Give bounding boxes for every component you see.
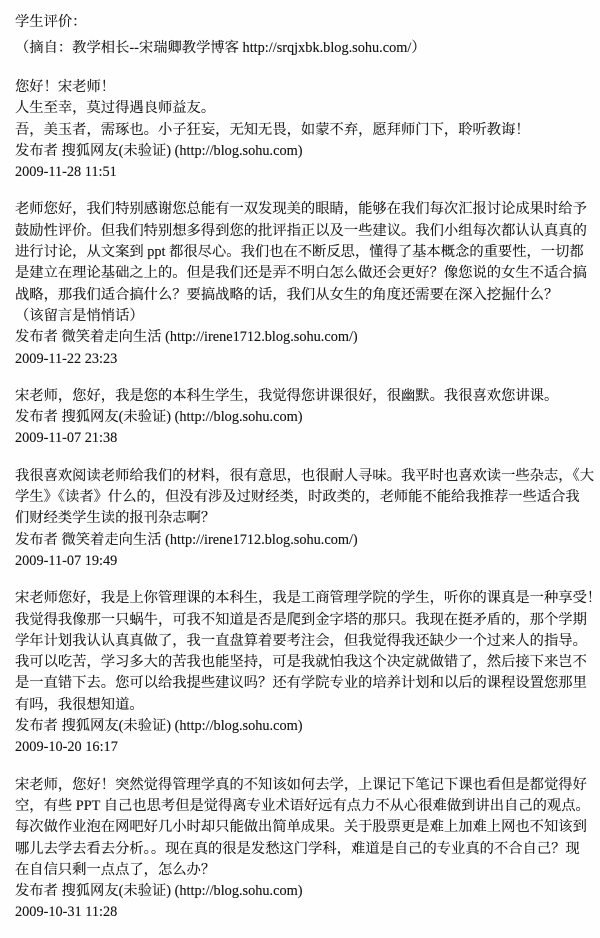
comment-body: 我很喜欢阅读老师给我们的材料，很有意思，也很耐人寻味。我平时也喜欢读一些杂志，《…: [15, 466, 592, 530]
comment-author: 发布者 搜狐网友(未验证) (http://blog.sohu.com): [15, 407, 592, 428]
comment-text-line: 是一直错下去。您可以给我提些建议吗？还有学院专业的培养计划和以后的课程设置您那里: [15, 673, 592, 694]
comment-text-line: 学年计划我认认真真做了，我一直盘算着要考注会，但我觉得我还缺少一个过来人的指导。: [15, 631, 592, 652]
comment-block: 我很喜欢阅读老师给我们的材料，很有意思，也很耐人寻味。我平时也喜欢读一些杂志，《…: [15, 466, 592, 572]
comment-block: 您好！宋老师！人生至幸，莫过得遇良师益友。吾，美玉者，需琢也。小子狂妄，无知无畏…: [15, 77, 592, 183]
comment-block: 宋老师您好，我是上你管理课的本科生，我是工商管理学院的学生，听你的课真是一种享受…: [15, 588, 592, 758]
comment-text-line: 战略，那我们适合搞什么？要搞战略的话，我们从女生的角度还需要在深入挖掘什么？: [15, 285, 592, 306]
comment-date: 2009-10-31 11:28: [15, 902, 592, 923]
comment-author: 发布者 搜狐网友(未验证) (http://blog.sohu.com): [15, 881, 592, 902]
comment-text-line: 学生》《读者》什么的，但没有涉及过财经类，时政类的，老师能不能给我推荐一些适合我: [15, 487, 592, 508]
comment-text-line: 有吗，我很想知道。: [15, 695, 592, 716]
comment-body: 宋老师，您好！突然觉得管理学真的不知该如何去学，上课记下笔记下课也看但是都觉得好…: [15, 775, 592, 881]
comment-body: 宋老师您好，我是上你管理课的本科生，我是工商管理学院的学生，听你的课真是一种享受…: [15, 588, 592, 716]
comment-text-line: 在自信只剩一点点了，怎么办？: [15, 860, 592, 881]
scanned-document-page: 学生评价： （摘自：教学相长--宋瑞卿教学博客 http://srqjxbk.b…: [0, 0, 600, 938]
comment-text-line: 空，有些 PPT 自己也思考但是觉得离专业术语好远有点力不从心很难做到讲出自己的…: [15, 796, 592, 817]
comment-text-line: 宋老师，您好！突然觉得管理学真的不知该如何去学，上课记下笔记下课也看但是都觉得好: [15, 775, 592, 796]
comment-text-line: 们财经类学生读的报刊杂志啊？: [15, 508, 592, 529]
comment-text-line: 每次做作业泡在网吧好几小时却只能做出简单成果。关于股票更是难上加难上网也不知该到: [15, 817, 592, 838]
comment-block: 老师您好，我们特别感谢您总能有一双发现美的眼睛，能够在我们每次汇报讨论成果时给予…: [15, 199, 592, 369]
comment-author: 发布者 搜狐网友(未验证) (http://blog.sohu.com): [15, 141, 592, 162]
comment-text-line: 我觉得我像那一只蜗牛，可我不知道是否是爬到金字塔的那只。我现在挺矛盾的，那个学期: [15, 610, 592, 631]
comment-text-line: 人生至幸，莫过得遇良师益友。: [15, 98, 592, 119]
comment-text-line: 老师您好，我们特别感谢您总能有一双发现美的眼睛，能够在我们每次汇报讨论成果时给予: [15, 199, 592, 220]
comment-block: 宋老师，您好，我是您的本科生学生，我觉得您讲课很好，很幽默。我很喜欢您讲课。 发…: [15, 386, 592, 450]
comment-text-line: 进行讨论，从文案到 ppt 都很尽心。我们也在不断反思，懂得了基本概念的重要性，…: [15, 242, 592, 263]
comment-text-line: 宋老师，您好，我是您的本科生学生，我觉得您讲课很好，很幽默。我很喜欢您讲课。: [15, 386, 592, 407]
comment-text-line: 吾，美玉者，需琢也。小子狂妄，无知无畏，如蒙不弃，愿拜师门下，聆听教诲！: [15, 120, 592, 141]
comment-text-line: 我很喜欢阅读老师给我们的材料，很有意思，也很耐人寻味。我平时也喜欢读一些杂志，《…: [15, 466, 592, 487]
comment-date: 2009-11-28 11:51: [15, 162, 592, 183]
comment-block: 宋老师，您好！突然觉得管理学真的不知该如何去学，上课记下笔记下课也看但是都觉得好…: [15, 775, 592, 924]
comment-text-line: 鼓励性评价。但我们特别想多得到您的批评指正以及一些建议。我们小组每次都认认真真的: [15, 221, 592, 242]
comment-text-line: 您好！宋老师！: [15, 77, 592, 98]
comment-date: 2009-11-22 23:23: [15, 349, 592, 370]
comment-date: 2009-11-07 21:38: [15, 428, 592, 449]
comment-author: 发布者 微笑着走向生活 (http://irene1712.blog.sohu.…: [15, 530, 592, 551]
comments-list: 您好！宋老师！人生至幸，莫过得遇良师益友。吾，美玉者，需琢也。小子狂妄，无知无畏…: [15, 77, 592, 924]
comment-author: 发布者 微笑着走向生活 (http://irene1712.blog.sohu.…: [15, 327, 592, 348]
comment-text-line: 宋老师您好，我是上你管理课的本科生，我是工商管理学院的学生，听你的课真是一种享受…: [15, 588, 592, 609]
comment-text-line: （该留言是悄悄话）: [15, 306, 592, 327]
comment-body: 老师您好，我们特别感谢您总能有一双发现美的眼睛，能够在我们每次汇报讨论成果时给予…: [15, 199, 592, 327]
comment-date: 2009-10-20 16:17: [15, 737, 592, 758]
comment-body: 您好！宋老师！人生至幸，莫过得遇良师益友。吾，美玉者，需琢也。小子狂妄，无知无畏…: [15, 77, 592, 141]
comment-text-line: 我可以吃苦，学习多大的苦我也能坚持，可是我就怕我这个决定就做错了，然后接下来岂不: [15, 652, 592, 673]
page-title: 学生评价：: [15, 9, 592, 35]
comment-text-line: 哪儿去学去看去分析。。现在真的很是发愁这门学科，难道是自己的专业真的不合自己？现: [15, 839, 592, 860]
comment-body: 宋老师，您好，我是您的本科生学生，我觉得您讲课很好，很幽默。我很喜欢您讲课。: [15, 386, 592, 407]
comment-text-line: 是建立在理论基础之上的。但是我们还是弄不明白怎么做还会更好？像您说的女生不适合搞: [15, 263, 592, 284]
comment-author: 发布者 搜狐网友(未验证) (http://blog.sohu.com): [15, 716, 592, 737]
comment-date: 2009-11-07 19:49: [15, 551, 592, 572]
document-header: 学生评价： （摘自：教学相长--宋瑞卿教学博客 http://srqjxbk.b…: [15, 9, 592, 61]
source-note: （摘自：教学相长--宋瑞卿教学博客 http://srqjxbk.blog.so…: [15, 35, 592, 61]
